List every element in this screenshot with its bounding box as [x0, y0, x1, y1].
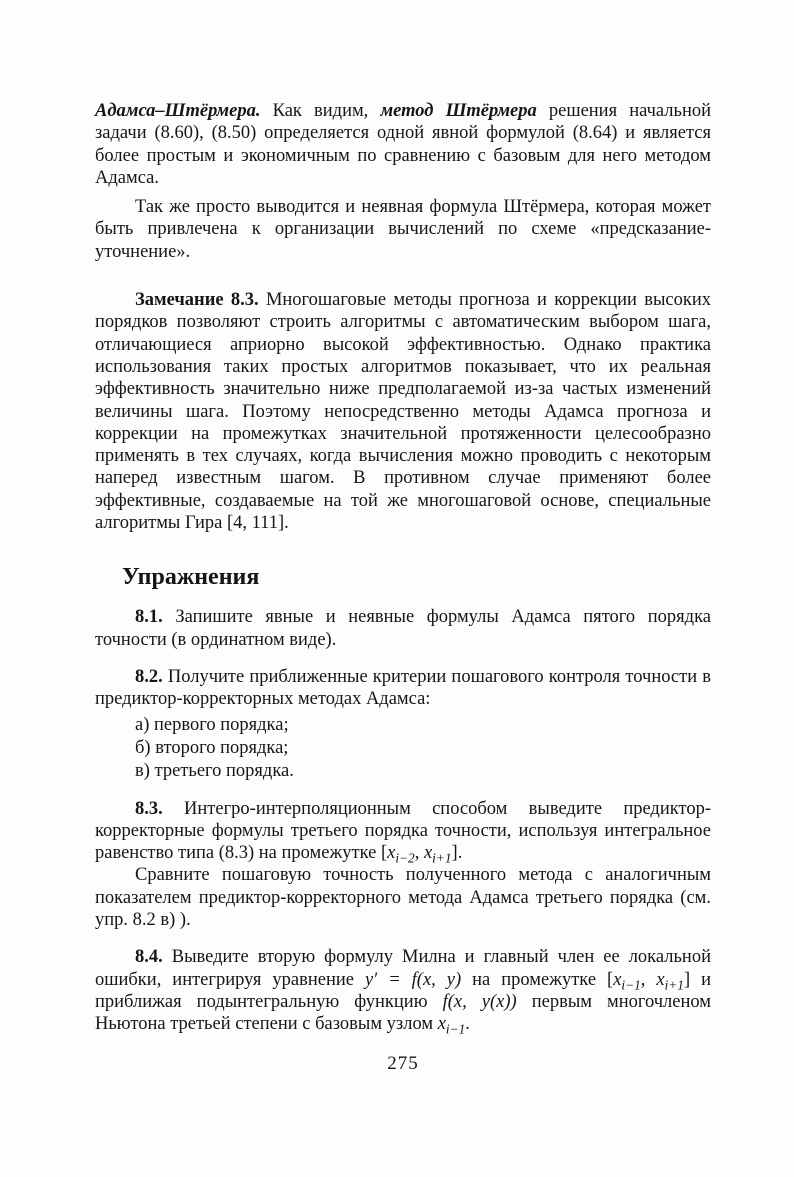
exercise-8-4: 8.4. Выведите вторую формулу Милна и гла… — [95, 946, 711, 1035]
text-run: . — [465, 1014, 470, 1034]
base-node-formula: xi−1 — [438, 1014, 466, 1034]
math-separator: , — [641, 970, 657, 990]
term-adams-stormer: Адамса–Штёрмера. — [95, 101, 260, 121]
paragraph-remark-8-3: Замечание 8.3. Многошаговые методы прогн… — [95, 289, 711, 534]
math-subscript: i−1 — [621, 977, 640, 992]
text-run: Запишите явные и неявные формулы Адамса … — [95, 607, 711, 649]
text-run: на промежутке — [461, 970, 607, 990]
remark-label: Замечание 8.3. — [135, 290, 259, 310]
list-item-b: б) второго порядка; — [135, 737, 711, 760]
math-subscript: i+1 — [665, 977, 684, 992]
text-run: . — [458, 843, 463, 863]
term-stormer-method: метод Штёрмера — [380, 101, 536, 121]
text-run: Как видим, — [260, 101, 380, 121]
book-page: Адамса–Штёрмера. Как видим, метод Штёрме… — [0, 0, 794, 1177]
list-item-v: в) третьего порядка. — [135, 760, 711, 783]
text-run: Получите приближенные критерии пошаговог… — [95, 667, 711, 709]
math-var: x — [424, 843, 432, 863]
exercise-8-1: 8.1. Запишите явные и неявные формулы Ад… — [95, 606, 711, 651]
math-subscript: i−1 — [446, 1022, 465, 1037]
text-run: Многошаговые методы прогноза и коррекции… — [95, 290, 711, 533]
page-number: 275 — [95, 1053, 711, 1075]
paragraph-implicit-stormer: Так же просто выводится и неявная формул… — [95, 196, 711, 263]
exercise-8-2-list: а) первого порядка; б) второго порядка; … — [95, 714, 711, 783]
exercise-8-2-number: 8.2. — [135, 667, 163, 687]
integrand-function: f(x, y(x)) — [443, 992, 517, 1012]
exercise-8-3-continued: Сравните пошаговую точность полученного … — [95, 864, 711, 931]
math-separator: , — [415, 843, 424, 863]
interval-formula: [xi−2, xi+1] — [381, 843, 458, 863]
math-var: x — [656, 970, 664, 990]
exercise-8-1-number: 8.1. — [135, 607, 163, 627]
ode-equation: y′ = f(x, y) — [365, 970, 461, 990]
exercises-heading: Упражнения — [122, 563, 711, 591]
exercise-8-3-number: 8.3. — [135, 799, 163, 819]
paragraph-adams-stormer: Адамса–Штёрмера. Как видим, метод Штёрме… — [95, 100, 711, 189]
exercise-8-2: 8.2. Получите приближенные критерии поша… — [95, 666, 711, 711]
exercise-8-3: 8.3. Интегро-интерполяционным способом в… — [95, 798, 711, 865]
page-content: Адамса–Штёрмера. Как видим, метод Штёрме… — [95, 100, 711, 1036]
interval-formula: [xi−1, xi+1] — [607, 970, 690, 990]
math-var: x — [438, 1014, 446, 1034]
list-item-a: а) первого порядка; — [135, 714, 711, 737]
exercise-8-4-number: 8.4. — [135, 947, 163, 967]
